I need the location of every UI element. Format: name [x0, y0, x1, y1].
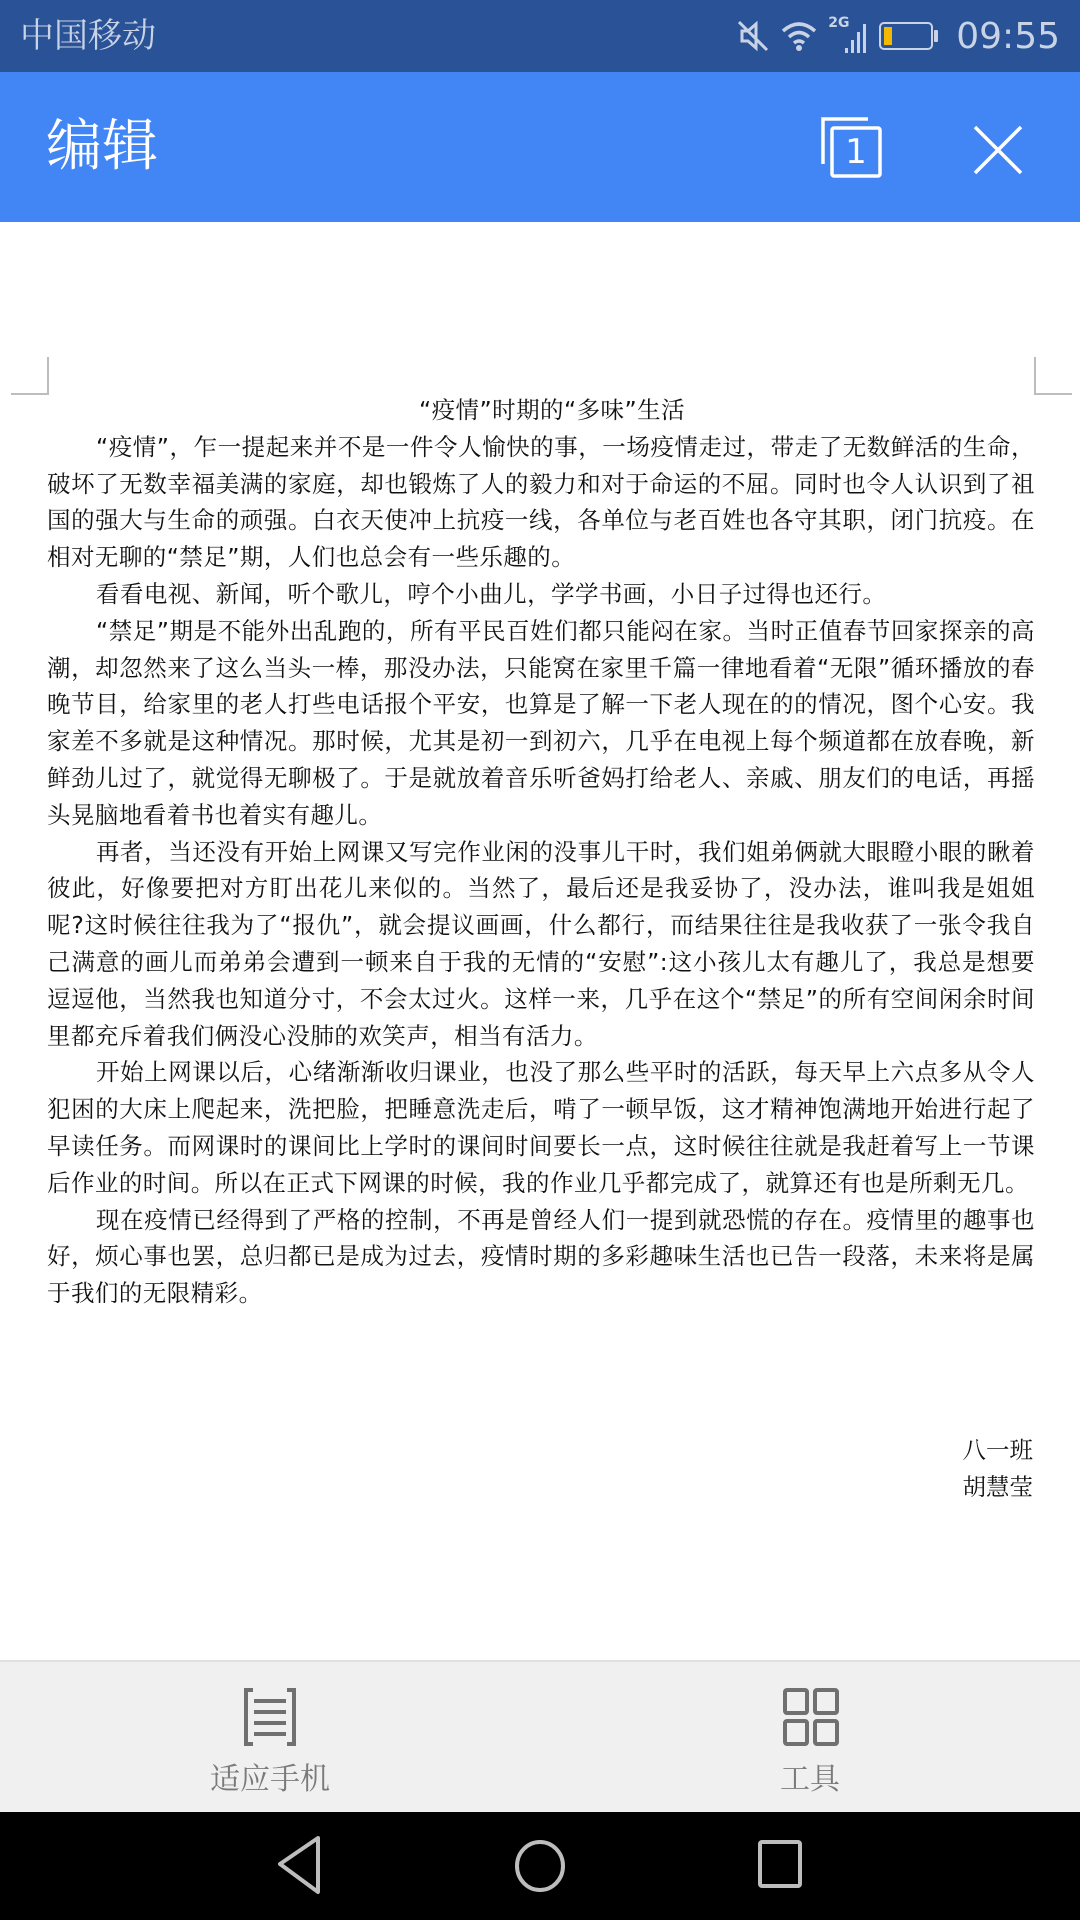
signature: 八一班 胡慧莹: [963, 1432, 1034, 1506]
wifi-icon: [780, 19, 818, 53]
status-icons: 2G 09:55: [736, 0, 1060, 72]
paragraph: 再者，当还没有开始上网课又写完作业闲的没事儿干时，我们姐弟俩就大眼瞪小眼的瞅着彼…: [47, 834, 1035, 1055]
mute-icon: [736, 19, 770, 53]
document-body: “疫情”时期的“多味”生活 “疫情”，乍一提起来并不是一件令人愉快的事，一场疫情…: [47, 392, 1035, 1312]
signal-icon: 2G: [828, 16, 868, 56]
home-icon: [500, 1830, 580, 1902]
status-bar: 中国移动 2G 09:55: [0, 0, 1080, 72]
page-margin-mark-right: [1034, 357, 1072, 395]
fit-to-phone-button[interactable]: 适应手机: [170, 1662, 370, 1812]
page-margin-mark-left: [11, 357, 49, 395]
back-icon: [260, 1830, 340, 1902]
bottom-toolbar: 适应手机 工具: [0, 1660, 1080, 1812]
signature-author: 胡慧莹: [963, 1469, 1034, 1506]
system-nav-bar: [0, 1812, 1080, 1920]
page-title: 编辑: [46, 114, 158, 180]
paragraph: 现在疫情已经得到了严格的控制，不再是曾经人们一提到就恐慌的存在。疫情里的趣事也好…: [47, 1202, 1035, 1312]
fit-to-phone-label: 适应手机: [170, 1760, 370, 1800]
battery-low-icon: [878, 19, 940, 53]
recent-apps-icon: [740, 1830, 820, 1902]
paragraph: “疫情”，乍一提起来并不是一件令人愉快的事，一场疫情走过，带走了无数鲜活的生命，…: [47, 429, 1035, 576]
document-view[interactable]: “疫情”时期的“多味”生活 “疫情”，乍一提起来并不是一件令人愉快的事，一场疫情…: [0, 222, 1080, 1660]
paragraph: “禁足”期是不能外出乱跑的，所有平民百姓们都只能闷在家。当时正值春节回家探亲的高…: [47, 613, 1035, 834]
close-icon: [970, 122, 1026, 178]
signature-class: 八一班: [963, 1432, 1034, 1469]
tools-button[interactable]: 工具: [710, 1662, 910, 1812]
tools-label: 工具: [710, 1760, 910, 1800]
recent-apps-button[interactable]: [740, 1830, 820, 1902]
fit-to-phone-icon: [243, 1688, 297, 1746]
paragraph: 开始上网课以后，心绪渐渐收归课业，也没了那么些平时的活跃，每天早上六点多从令人犯…: [47, 1054, 1035, 1201]
tools-grid-icon: [783, 1688, 839, 1746]
close-button[interactable]: [970, 122, 1026, 178]
app-header: 编辑 1: [0, 72, 1080, 222]
clock: 09:55: [956, 16, 1060, 57]
paragraph: 看看电视、新闻，听个歌儿，哼个小曲儿，学学书画，小日子过得也还行。: [47, 576, 1035, 613]
home-button[interactable]: [500, 1830, 580, 1902]
page-count: 1: [832, 130, 880, 174]
carrier-name: 中国移动: [20, 14, 156, 58]
back-button[interactable]: [260, 1830, 340, 1902]
document-title: “疫情”时期的“多味”生活: [47, 392, 1035, 429]
page-count-button[interactable]: 1: [820, 116, 884, 180]
